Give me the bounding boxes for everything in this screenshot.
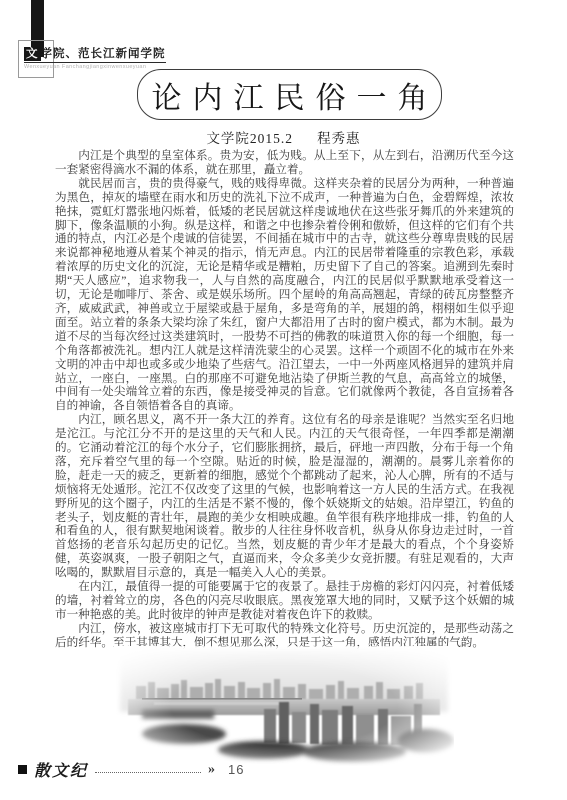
title-box: 论内江民俗一角 xyxy=(137,69,442,120)
department-pinyin: Wenxueyuan Fanchangjiangxinwenxueyuan xyxy=(24,64,166,70)
page-footer: 散文纪 » 16 xyxy=(18,758,244,781)
body-paragraph: 就民居而言，贵的贵得豪气，贱的贱得卑微。这样夹杂着的民居分为两种，一种普遍为黑色… xyxy=(55,177,514,413)
body-paragraph: 内江，顾名思义，离不开一条大江的养育。这位有名的母亲是谁呢？当然实至名归地是沱江… xyxy=(55,413,514,580)
department-name: 文学院、范长江新闻学院 xyxy=(24,48,166,63)
cityscape-illustration xyxy=(114,646,454,766)
byline-affiliation: 文学院2015.2 xyxy=(206,131,293,146)
neijiang-riverside-photo xyxy=(114,646,454,766)
guillemet-arrow-icon: » xyxy=(208,762,215,778)
page-number: 16 xyxy=(228,762,244,777)
journal-name: 散文纪 xyxy=(34,758,88,781)
body-paragraph: 内江是个典型的皇室体系。贵为安，低为贱。从上至下，从左到右，沿溯历代至今这一套紧… xyxy=(55,149,514,177)
dotted-leader xyxy=(95,771,201,773)
body-paragraph: 在内江，最值得一提的可能要属于它的夜景了。悬挂于房檐的彩灯闪闪亮，衬着低矮的墙，… xyxy=(55,580,514,622)
department-header: 文学院、范长江新闻学院 Wenxueyuan Fanchangjiangxinw… xyxy=(24,44,166,70)
department-badge-char: 文 xyxy=(24,47,41,61)
article-title: 论内江民俗一角 xyxy=(141,73,439,117)
department-name-rest: 学院、范长江新闻学院 xyxy=(41,48,166,60)
footer-square-icon xyxy=(18,765,27,774)
byline: 文学院2015.2程秀惠 xyxy=(0,127,567,147)
magazine-page: 文学院、范长江新闻学院 Wenxueyuan Fanchangjiangxinw… xyxy=(0,0,567,800)
byline-author: 程秀惠 xyxy=(317,131,361,146)
article-body: 内江是个典型的皇室体系。贵为安，低为贱。从上至下，从左到右，沿溯历代至今这一套紧… xyxy=(55,149,514,650)
